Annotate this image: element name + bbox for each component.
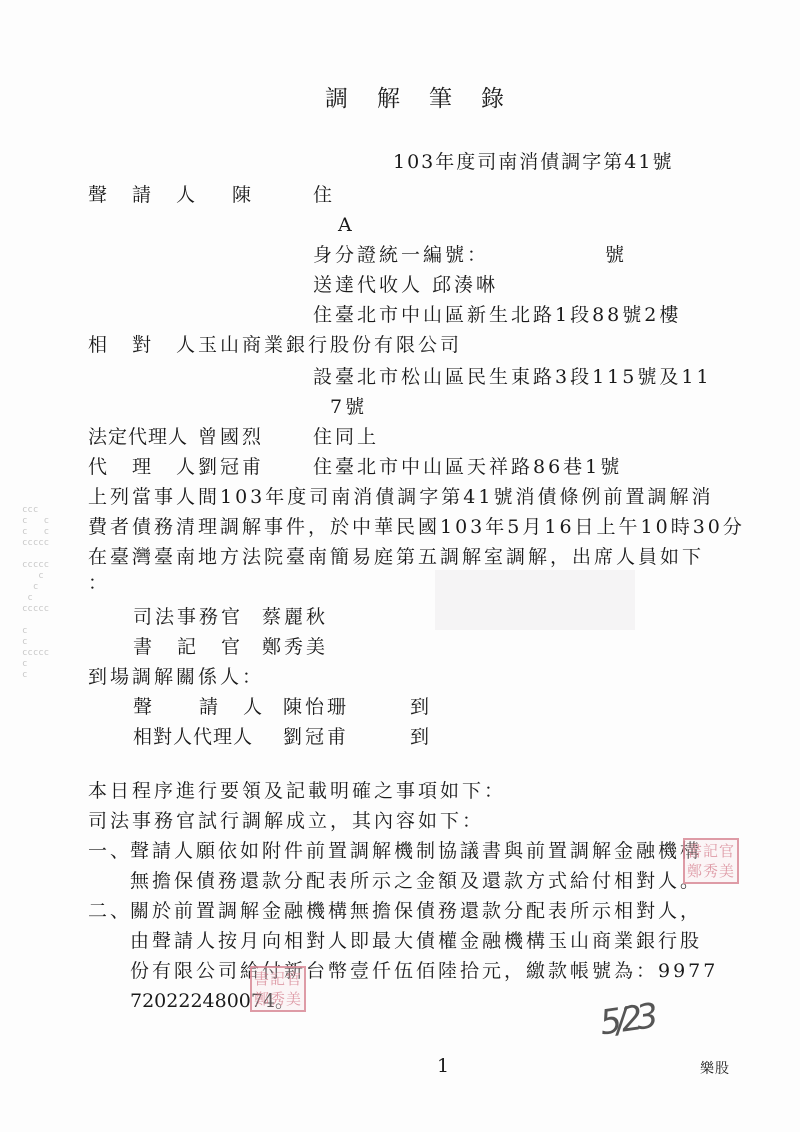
attendee-name: 劉冠甫	[283, 722, 349, 752]
attendee-name: 陳怡珊	[283, 692, 349, 722]
stamp-name: 鄭秀美	[254, 989, 302, 1009]
item-2-line-3: 份有限公司給付新台幣壹仟伍佰陸拾元，繳款帳號為：9977	[130, 956, 718, 986]
faint-bleed-through-marks: ccc c c c c ccccc ccccc c c c ccccc c c …	[22, 505, 72, 645]
stamp-title: 書記官	[254, 969, 302, 989]
respondent-address-line1: 設臺北市松山區民生東路3段115號及11	[313, 362, 712, 392]
case-number: 103年度司南消債調字第41號	[393, 147, 673, 174]
document-page: ccc c c c c ccccc ccccc c c c ccccc c c …	[0, 0, 800, 1132]
agent-name: 劉冠甫	[198, 452, 264, 482]
clerk-seal-stamp: 書記官 鄭秀美	[683, 838, 739, 884]
applicant-id-suffix: 號	[605, 240, 627, 270]
attendee-status: 到	[410, 722, 432, 752]
title-char: 調	[325, 80, 377, 113]
item-marker: 一、	[88, 836, 132, 866]
clerk-seal-stamp: 書記官 鄭秀美	[250, 966, 306, 1012]
official-name: 蔡麗秋	[262, 602, 328, 632]
applicant-address-line2: A	[338, 210, 355, 240]
applicant-id-label: 身分證統一編號：	[313, 240, 489, 270]
intro-line-2: 費者債務清理調解事件，於中華民國103年5月16日上午10時30分	[88, 512, 745, 542]
item-2-line-1: 關於前置調解金融機構無擔保債務還款分配表所示相對人，	[130, 896, 702, 926]
handwritten-date-note: 5/23	[597, 997, 654, 1044]
official-name: 鄭秀美	[262, 632, 328, 662]
attendee-status: 到	[410, 692, 432, 722]
service-agent-address: 住臺北市中山區新生北路1段88號2樓	[313, 300, 681, 330]
division-label: 樂股	[700, 1058, 730, 1078]
official-title: 書 記 官	[133, 632, 243, 662]
legal-rep-role-label: 法定代理人	[88, 422, 188, 452]
scan-smudge	[435, 570, 635, 630]
legal-rep-address: 住同上	[313, 422, 379, 452]
stamp-name: 鄭秀美	[687, 861, 735, 881]
stamp-title: 書記官	[687, 841, 735, 861]
page-number: 1	[437, 1055, 449, 1077]
intro-line-3: 在臺灣臺南地方法院臺南簡易庭第五調解室調解，出席人員如下	[88, 542, 704, 572]
intro-line-1: 上列當事人間103年度司南消債調字第41號消債條例前置調解消	[88, 482, 713, 512]
item-1-line-1: 聲請人願依如附件前置調解機制協議書與前置調解金融機構	[130, 836, 702, 866]
agent-role-label: 代 理 人	[88, 452, 198, 482]
result-heading: 司法事務官試行調解成立，其內容如下：	[88, 806, 484, 836]
respondent-address-line2: 7號	[330, 392, 367, 422]
intro-line-4: ：	[88, 568, 110, 598]
respondent-role-label: 相 對 人	[88, 330, 198, 360]
item-1-line-2: 無擔保債務還款分配表所示之金額及還款方式給付相對人。	[130, 866, 702, 896]
attendee-role: 聲 請 人	[133, 692, 265, 722]
applicant-name: 陳	[232, 180, 254, 210]
respondent-name: 玉山商業銀行股份有限公司	[198, 330, 462, 360]
procedure-heading: 本日程序進行要領及記載明確之事項如下：	[88, 776, 506, 806]
applicant-role-label: 聲 請 人	[88, 180, 198, 210]
title-char: 解	[377, 80, 429, 113]
attendee-role: 相對人代理人	[133, 722, 253, 752]
applicant-address-prefix: 住	[313, 180, 335, 210]
agent-address: 住臺北市中山區天祥路86巷1號	[313, 452, 622, 482]
document-title: 調解筆錄	[325, 80, 533, 113]
service-agent-label: 送達代收人	[313, 270, 423, 300]
item-2-line-2: 由聲請人按月向相對人即最大債權金融機構玉山商業銀行股	[130, 926, 702, 956]
service-agent-name: 邱湊啉	[432, 270, 498, 300]
item-marker: 二、	[88, 896, 132, 926]
official-title: 司法事務官	[133, 602, 243, 632]
title-char: 錄	[481, 80, 533, 113]
attendees-heading: 到場調解關係人：	[88, 662, 264, 692]
title-char: 筆	[429, 80, 481, 113]
legal-rep-name: 曾國烈	[198, 422, 264, 452]
